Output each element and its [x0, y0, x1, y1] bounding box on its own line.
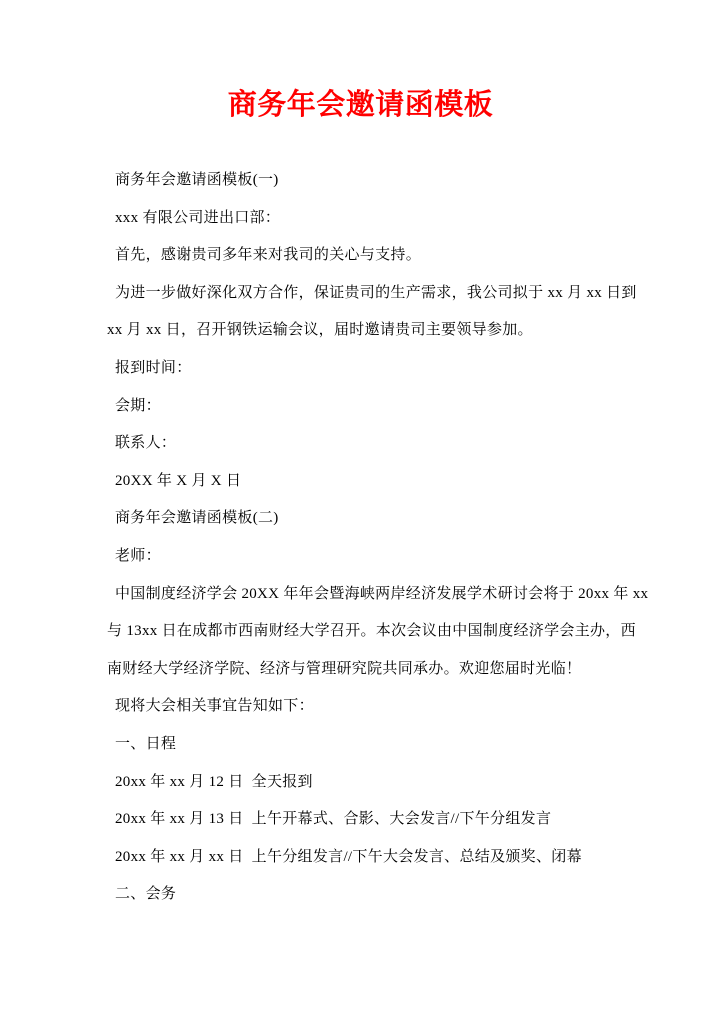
document-line: 现将大会相关事宜告知如下：: [0, 688, 721, 726]
document-line: 二、会务: [0, 876, 721, 914]
document-line: 南财经大学经济学院、经济与管理研究院共同承办。欢迎您届时光临！: [0, 651, 721, 689]
document-page: 商务年会邀请函模板 商务年会邀请函模板(一)xxx 有限公司进出口部：首先，感谢…: [0, 0, 721, 1020]
document-line: 商务年会邀请函模板(二): [0, 500, 721, 538]
document-line: 联系人：: [0, 425, 721, 463]
document-body: 商务年会邀请函模板(一)xxx 有限公司进出口部：首先，感谢贵司多年来对我司的关…: [0, 162, 721, 914]
document-line: 老师：: [0, 538, 721, 576]
document-line: 20XX 年 X 月 X 日: [0, 463, 721, 501]
document-line: 会期：: [0, 388, 721, 426]
document-line: 首先，感谢贵司多年来对我司的关心与支持。: [0, 237, 721, 275]
document-line: 一、日程: [0, 726, 721, 764]
document-line: 与 13xx 日在成都市西南财经大学召开。本次会议由中国制度经济学会主办，西: [0, 613, 721, 651]
document-line: 报到时间：: [0, 350, 721, 388]
document-line: 20xx 年 xx 月 12 日 全天报到: [0, 764, 721, 802]
document-line: 为进一步做好深化双方合作，保证贵司的生产需求，我公司拟于 xx 月 xx 日到: [0, 275, 721, 313]
document-line: xxx 有限公司进出口部：: [0, 200, 721, 238]
document-line: 20xx 年 xx 月 13 日 上午开幕式、合影、大会发言//下午分组发言: [0, 801, 721, 839]
document-line: 商务年会邀请函模板(一): [0, 162, 721, 200]
document-line: 20xx 年 xx 月 xx 日 上午分组发言//下午大会发言、总结及颁奖、闭幕: [0, 839, 721, 877]
document-line: 中国制度经济学会 20XX 年年会暨海峡两岸经济发展学术研讨会将于 20xx 年…: [0, 576, 721, 614]
document-title: 商务年会邀请函模板: [0, 82, 721, 123]
document-line: xx 月 xx 日，召开钢铁运输会议，届时邀请贵司主要领导参加。: [0, 312, 721, 350]
